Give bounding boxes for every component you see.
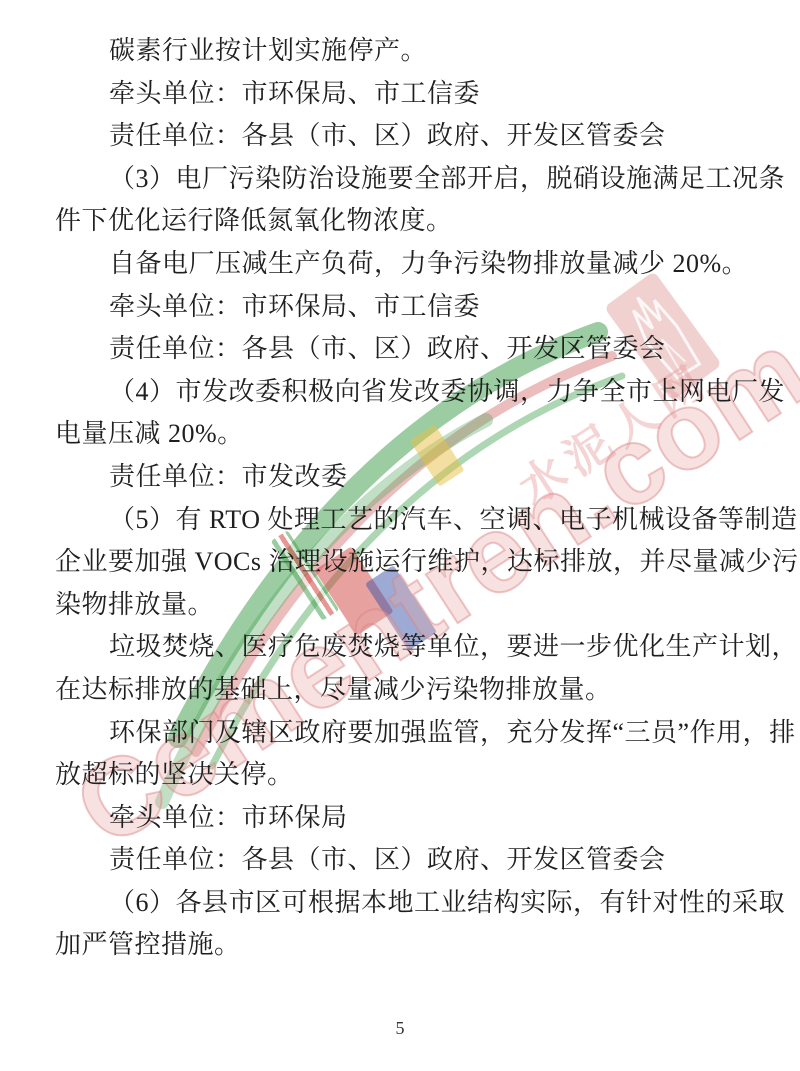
- text-line: 责任单位：市发改委: [55, 456, 755, 499]
- text-line: 牵头单位：市环保局、市工信委: [55, 73, 755, 116]
- text-line: 企业要加强 VOCs 治理设施运行维护，达标排放，并尽量减少污: [55, 541, 755, 584]
- text-line: 牵头单位：市环保局、市工信委: [55, 286, 755, 329]
- text-line: 自备电厂压减生产负荷，力争污染物排放量减少 20%。: [55, 243, 755, 286]
- text-line: （5）有 RTO 处理工艺的汽车、空调、电子机械设备等制造: [55, 499, 755, 542]
- document-body: 碳素行业按计划实施停产。牵头单位：市环保局、市工信委责任单位：各县（市、区）政府…: [55, 30, 755, 967]
- text-line: 牵头单位：市环保局: [55, 797, 755, 840]
- text-line: 放超标的坚决关停。: [55, 754, 755, 797]
- text-line: 责任单位：各县（市、区）政府、开发区管委会: [55, 115, 755, 158]
- text-line: 碳素行业按计划实施停产。: [55, 30, 755, 73]
- text-line: 染物排放量。: [55, 584, 755, 627]
- text-line: 责任单位：各县（市、区）政府、开发区管委会: [55, 328, 755, 371]
- text-line: （4）市发改委积极向省发改委协调，力争全市上网电厂发: [55, 371, 755, 414]
- text-line: 垃圾焚烧、医疗危废焚烧等单位，要进一步优化生产计划，: [55, 626, 755, 669]
- text-line: 在达标排放的基础上，尽量减少污染物排放量。: [55, 669, 755, 712]
- text-line: 电量压减 20%。: [55, 413, 755, 456]
- text-line: （3）电厂污染防治设施要全部开启，脱硝设施满足工况条: [55, 158, 755, 201]
- document-page: 水泥人网 Cementren.com 碳素行业按计划实施停产。牵头单位：市环保局…: [0, 0, 800, 1071]
- text-line: （6）各县市区可根据本地工业结构实际，有针对性的采取: [55, 882, 755, 925]
- text-line: 责任单位：各县（市、区）政府、开发区管委会: [55, 839, 755, 882]
- page-number: 5: [0, 1018, 800, 1039]
- text-line: 加严管控措施。: [55, 924, 755, 967]
- text-line: 环保部门及辖区政府要加强监管，充分发挥“三员”作用，排: [55, 712, 755, 755]
- text-line: 件下优化运行降低氮氧化物浓度。: [55, 200, 755, 243]
